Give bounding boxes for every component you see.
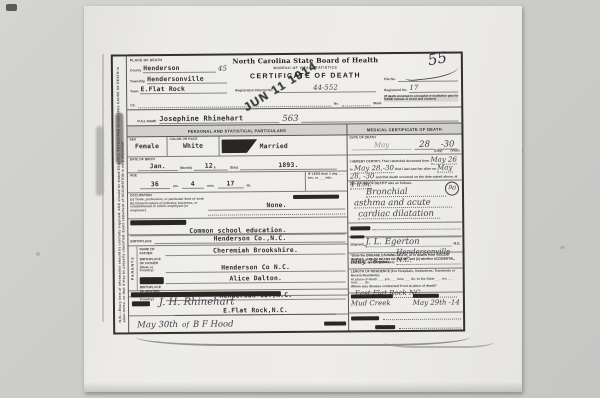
county-number: 45 (218, 65, 227, 73)
undertaker-blank (383, 318, 461, 320)
footnote-block: *State the DISEASE CAUSING DEATH, or in … (349, 252, 463, 269)
numbers-block: 55 File No. Registered No. 17 (If death … (382, 53, 461, 107)
burial-place-field: PLACE OF BURIAL OR REMOVAL Mud Creek (349, 293, 411, 313)
dob-month: Jan. (138, 162, 178, 171)
father-birthplace-row: BIRTHPLACE OF FATHER (State or Country) … (138, 255, 348, 274)
occupation-row: OCCUPATION (a) Trade, profession, or par… (128, 191, 347, 219)
occupation-labels: OCCUPATION (a) Trade, profession, or par… (128, 193, 206, 219)
marital-field: SINGLE, MARRIED, WIDOWED, OR DIVORCED (w… (220, 135, 347, 155)
day-label: (Day) (230, 166, 238, 170)
color-field: COLOR OR RACE White (168, 137, 220, 156)
undertaker-row: UNDERTAKER ADDRESS (349, 312, 463, 332)
dob-year: 1893. (240, 160, 337, 170)
file-no-blank (398, 80, 458, 82)
place-of-death-label: PLACE OF DEATH (130, 58, 227, 63)
county-value: Henderson (143, 64, 216, 74)
medical-section-title: MEDICAL CERTIFICATE OF DEATH (347, 123, 461, 134)
registered-no-label: Registered No. (384, 89, 407, 93)
township-value: Hendersonville (147, 74, 227, 84)
marital-label: SINGLE, MARRIED, WIDOWED, OR DIVORCED (w… (222, 139, 258, 153)
medical-column: DATE OF DEATH May 28 -30 (Day) (Year) (348, 134, 464, 332)
if-less-field: IF LESS than 1 day ___ hrs. or ___ min. (305, 171, 347, 190)
burial-place-label: PLACE OF BURIAL OR REMOVAL (351, 294, 393, 298)
document-page: N.B.—Every item of information should be… (84, 6, 522, 392)
to-label: to (350, 167, 353, 171)
personal-section-title: PERSONAL AND STATISTICAL PARTICULARS (127, 124, 347, 136)
father-name-value: Cheremiah Brookshire. (165, 246, 345, 257)
date-of-birth-row: DATE OF BIRTH Jan. (Month) 12, (Day) 189… (128, 155, 347, 173)
dod-year-label: (Year) (450, 149, 459, 153)
burial-place-value: Mud Creek (351, 299, 409, 308)
marital-value: Married (260, 141, 288, 149)
registrar-label: Registrar (324, 321, 346, 325)
father-birthplace-value: Henderson Co N.C. (166, 263, 346, 274)
filed-flourish: of (182, 321, 189, 329)
burial-row: PLACE OF BURIAL OR REMOVAL Mud Creek DAT… (349, 292, 463, 313)
photo-artifact (560, 246, 565, 249)
certify-row: I HEREBY CERTIFY, That I attended deceas… (348, 154, 462, 181)
cause-label: The CAUSE OF DEATH* was as follows: (350, 181, 460, 186)
color-value: White (170, 141, 217, 149)
town-value: E.Flat Rock (140, 85, 227, 95)
file-no-label: File No. (384, 78, 396, 82)
filed-row: May 30th of B F Hood Registrar (129, 314, 348, 334)
informant-row: (Informant) J. H. Rhinehart E.Flat Rock,… (129, 295, 348, 316)
full-name-value: Josephine Rhinehart (159, 114, 279, 124)
registrar-signature: B F Hood (193, 320, 234, 328)
full-name-blank (302, 121, 459, 123)
contributory-row: CONTRIBUTORY (SECONDARY) (duration) (348, 222, 462, 237)
burial-date-field: DATE OF BURIAL May 29th -14 (411, 292, 463, 311)
page-curl-shadow (384, 336, 494, 348)
hospital-note: (If death occurred in a hospital or inst… (384, 94, 458, 101)
death-occurred-label: and that death occurred on the date stat… (376, 175, 458, 180)
residence-row: LENGTH OF RESIDENCE (For Hospitals, Inst… (349, 268, 463, 293)
if-less-label: IF LESS than 1 day ___ hrs. or ___ min. (308, 173, 345, 181)
county-label: County (130, 70, 141, 74)
occupation-blank (208, 213, 345, 215)
sex-color-marital-row: SEX Female COLOR OR RACE White SINGLE, M… (128, 135, 347, 157)
cause-line-1: Bronchial (366, 187, 446, 197)
age-days: 17 (217, 179, 243, 188)
md-label: M.D. (453, 243, 460, 247)
certify-label: I HEREBY CERTIFY, That I attended deceas… (350, 159, 430, 164)
township-label: Township (130, 80, 145, 84)
undertaker-label: UNDERTAKER (351, 316, 379, 320)
registered-no-value: 17 (409, 83, 458, 92)
ds-label: ds. (247, 184, 252, 188)
undertaker-address-blank (399, 327, 461, 329)
contributory-blank (372, 228, 460, 230)
date-of-death-row: DATE OF DEATH May 28 -30 (Day) (Year) (348, 134, 462, 155)
city-label: Cit. (130, 105, 135, 109)
signed-label: (Signed) (350, 244, 363, 248)
death-certificate-form: N.B.—Every item of information should be… (111, 51, 465, 334)
physician-signature: J. L. Egerton (366, 238, 452, 248)
mother-name-value: Alice Dalton. (166, 274, 346, 285)
burial-date-label: DATE OF BURIAL (413, 294, 439, 298)
ink-smear (293, 194, 339, 198)
cause-line-3: cardiac dilatation (358, 209, 440, 219)
form-columns: SEX Female COLOR OR RACE White SINGLE, M… (128, 134, 464, 334)
father-birthplace-label: BIRTHPLACE OF FATHER (State or Country) (140, 258, 164, 273)
photographed-scan: N.B.—Every item of information should be… (0, 0, 600, 398)
page-bottom-shadow (84, 382, 522, 392)
margin-note-text: N.B.—Every item of information should be… (116, 60, 127, 322)
parents-side-label: PARENTS (128, 246, 137, 290)
mother-name-label: MAIDEN NAME OF MOTHER (140, 277, 164, 284)
occupation-value: None. (208, 200, 345, 210)
month-label: (Month) (180, 167, 192, 171)
photo-artifact (6, 4, 17, 11)
age-years: 36 (140, 180, 170, 189)
occupation-value-cell: None. (206, 191, 347, 217)
father-name-label: NAME OF FATHER (139, 248, 163, 256)
dob-day: 12, (194, 161, 228, 170)
yrs-label: yrs. (173, 185, 179, 189)
birthplace-label: BIRTHPLACE (130, 240, 151, 244)
dod-day-label: (Day) (434, 149, 442, 153)
age-field: AGE 36 yrs. 4 mos. 17 ds. (128, 172, 305, 193)
mos-label: mos. (207, 185, 215, 189)
certificate-number: 55 (427, 53, 447, 64)
age-months: 4 (182, 180, 204, 189)
cause-code: 90 (447, 184, 456, 193)
education-label: EDUCATIONAL ATTAINMENT (130, 220, 186, 225)
burial-date-value: May 29th (413, 299, 447, 307)
no-label: No. (334, 103, 339, 107)
informant-label: (Informant) (132, 301, 150, 306)
ward-label: Ward. (373, 102, 382, 106)
dod-day: 28 (415, 141, 435, 150)
full-name-number: 563 (282, 115, 298, 123)
contributory-label: CONTRIBUTORY (SECONDARY) (350, 226, 370, 230)
undertaker-address-label: ADDRESS (375, 325, 395, 329)
cause-of-death-row: The CAUSE OF DEATH* was as follows: 90 B… (348, 180, 462, 223)
burial-date-year: -14 (448, 299, 459, 307)
parents-block: PARENTS NAME OF FATHER Cheremiah Brooksh… (128, 244, 347, 291)
photo-artifact (36, 252, 40, 256)
place-of-death-block: PLACE OF DEATH County Henderson 45 Towns… (127, 56, 229, 110)
signed-row: (Signed) J. L. Egerton M.D. May 28 (Addr… (348, 236, 462, 253)
ink-smudge (96, 126, 103, 196)
birthplace-value: Henderson Co.,N.C. (155, 234, 346, 245)
personal-column: SEX Female COLOR OR RACE White SINGLE, M… (128, 135, 350, 334)
occupation-sub-b: (b) General nature of industry, business… (130, 201, 204, 213)
town-label: Town (130, 91, 138, 95)
footnote-text: *State the DISEASE CAUSING DEATH, or in … (349, 252, 463, 266)
dod-month: May (352, 141, 412, 151)
sex-value: Female (130, 142, 165, 150)
form-body: JUN 11 1914 PLACE OF DEATH County Hender… (127, 53, 463, 332)
sex-field: SEX Female (128, 137, 168, 156)
ink-blot (115, 112, 123, 164)
education-row: EDUCATIONAL ATTAINMENT Common school edu… (128, 217, 347, 235)
filed-date: May 30th (137, 321, 178, 329)
cause-line-2: asthma and acute (354, 198, 452, 208)
age-row: AGE 36 yrs. 4 mos. 17 ds. (128, 171, 347, 193)
last-saw-label: that I last saw her alive on (395, 167, 436, 171)
full-name-label: FULL NAME (137, 120, 156, 124)
